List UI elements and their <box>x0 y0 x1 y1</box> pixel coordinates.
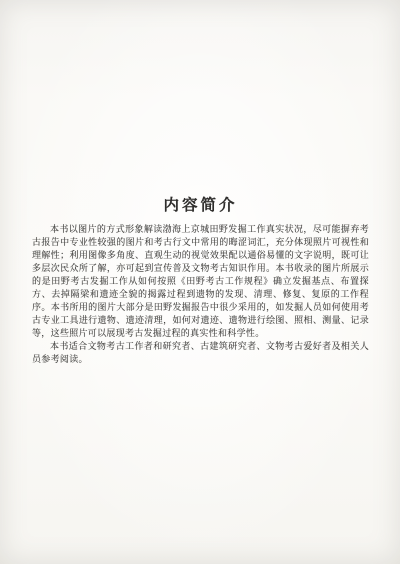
scanned-book-page: 内容简介 本书以图片的方式形象解读渤海上京城田野发掘工作真实状况，尽可能摒弃考古… <box>0 0 400 564</box>
paragraph-1: 本书以图片的方式形象解读渤海上京城田野发掘工作真实状况，尽可能摒弃考古报告中专业… <box>32 224 369 341</box>
body-text: 本书以图片的方式形象解读渤海上京城田野发掘工作真实状况，尽可能摒弃考古报告中专业… <box>32 224 369 367</box>
page-title: 内容简介 <box>32 193 369 215</box>
content-summary-block: 内容简介 本书以图片的方式形象解读渤海上京城田野发掘工作真实状况，尽可能摒弃考古… <box>32 193 369 367</box>
paragraph-2: 本书适合文物考古工作者和研究者、古建筑研究者、文物考古爱好者及相关人员参考阅读。 <box>32 341 369 367</box>
